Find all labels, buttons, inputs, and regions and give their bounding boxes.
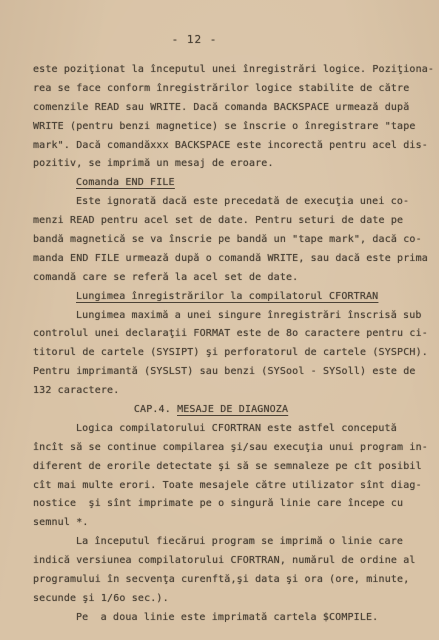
body-line: cît mai multe erori. Toate mesajele cătr… — [33, 477, 429, 496]
body-line: WRITE (pentru benzi magnetice) se înscri… — [33, 118, 429, 137]
body-line: Este ignorată dacă este precedată de exe… — [33, 193, 429, 212]
body-line: semnul *. — [33, 514, 429, 533]
body-line: controlul unei declaraţii FORMAT este de… — [33, 325, 429, 344]
body-line: comandă care se referă la acel set de da… — [33, 269, 429, 288]
body-line: bandă magnetică se va înscrie pe bandă u… — [33, 231, 429, 250]
body-line: este poziţionat la începutul unei înregi… — [33, 61, 429, 80]
body-line: nostice şi sînt imprimate pe o singură l… — [33, 495, 429, 514]
body-line: Lungimea maximă a unei singure înregistr… — [33, 307, 429, 326]
scanned-document-page: - 12 - este poziţionat la începutul unei… — [0, 0, 439, 640]
page-number: - 12 - — [0, 33, 389, 46]
page-body: este poziţionat la începutul unei înregi… — [33, 61, 429, 628]
chapter-title: MESAJE DE DIAGNOZA — [177, 404, 288, 415]
body-line: manda END FILE urmează după o comandă WR… — [33, 250, 429, 269]
body-line: programului în secvenţa curenftă,şi data… — [33, 571, 429, 590]
body-line: încît să se continue compilarea şi/sau e… — [33, 439, 429, 458]
body-line: Logica compilatorului CFORTRAN este astf… — [33, 420, 429, 439]
body-line: rea se face conform înregistrărilor logi… — [33, 80, 429, 99]
body-line: La începutul fiecărui program se imprimă… — [33, 533, 429, 552]
chapter-heading: CAP.4. MESAJE DE DIAGNOZA — [33, 401, 429, 420]
heading-comanda-end-file: Comanda END FILE — [33, 174, 429, 193]
body-line: titorul de cartele (SYSIPT) şi perforato… — [33, 344, 429, 363]
body-line: 132 caractere. — [33, 382, 429, 401]
chapter-number: CAP.4. — [134, 404, 177, 415]
body-line: menzi READ pentru acel set de date. Pent… — [33, 212, 429, 231]
body-line: secunde şi 1/6o sec.). — [33, 590, 429, 609]
body-line: Pe a doua linie este imprimată cartela $… — [33, 609, 429, 628]
body-line: pozitiv, se imprimă un mesaj de eroare. — [33, 155, 429, 174]
body-line: mark". Dacă comandăxxx BACKSPACE este in… — [33, 137, 429, 156]
body-line: diferent de erorile detectate şi să se s… — [33, 458, 429, 477]
body-line: comenzile READ sau WRITE. Dacă comanda B… — [33, 99, 429, 118]
heading-lungimea-inregistrarilor: Lungimea înregistrărilor la compilatorul… — [33, 288, 429, 307]
body-line: indică versiunea compilatorului CFORTRAN… — [33, 552, 429, 571]
body-line: Pentru imprimantă (SYSLST) sau benzi (SY… — [33, 363, 429, 382]
